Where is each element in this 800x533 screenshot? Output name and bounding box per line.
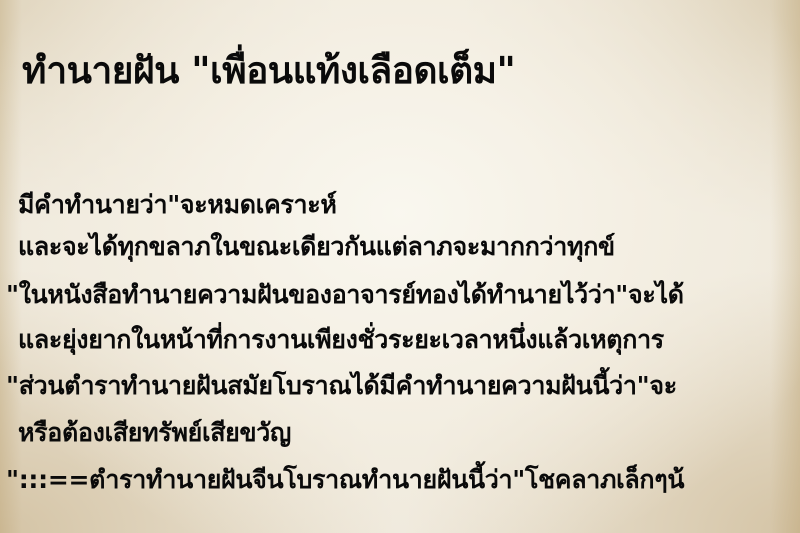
- prediction-line-3: "ในหนังสือทำนายความฝันของอาจารย์ทองได้ทำ…: [6, 275, 684, 315]
- prediction-line-6: หรือต้องเสียทรัพย์เสียขวัญ: [18, 413, 291, 453]
- prediction-line-5: "ส่วนตำราทำนายฝันสมัยโบราณได้มีคำทำนายคว…: [6, 366, 677, 406]
- prediction-line-7: ":::==ตำราทำนายฝันจีนโบราณทำนายฝันนี้ว่า…: [6, 460, 684, 500]
- page-title: ทำนายฝัน "เพื่อนแท้งเลือดเต็ม": [22, 41, 515, 101]
- prediction-line-1: มีคำทำนายว่า"จะหมดเคราะห์: [18, 185, 337, 225]
- prediction-line-4: และยุ่งยากในหน้าที่การงานเพียงชั่วระยะเว…: [18, 320, 664, 360]
- prediction-line-2: และจะได้ทุกขลาภในขณะเดียวกันแต่ลาภจะมากก…: [18, 227, 615, 267]
